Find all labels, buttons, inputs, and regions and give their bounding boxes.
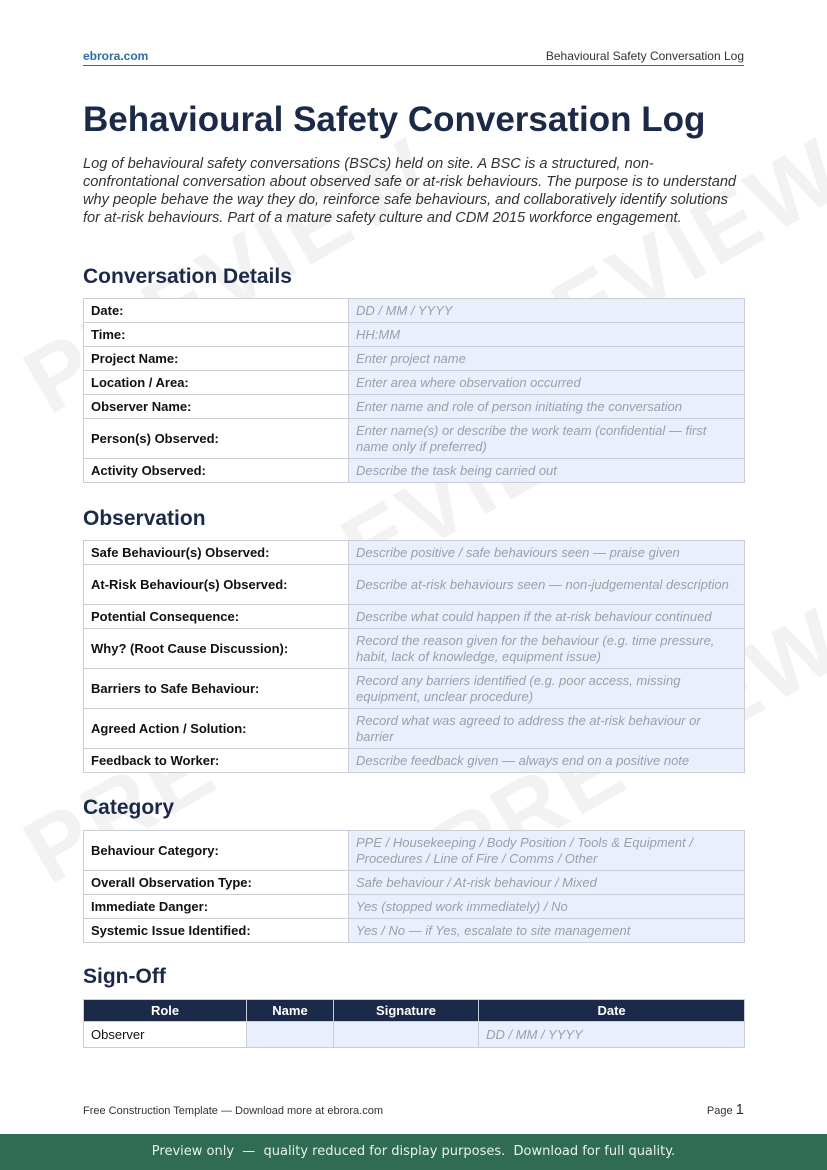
intro-text: Log of behavioural safety conversations … (83, 155, 744, 227)
role-cell: Observer (84, 1022, 247, 1048)
category-table: Behaviour Category:PPE / Housekeeping / … (83, 830, 745, 943)
table-row: Activity Observed:Describe the task bein… (84, 459, 745, 483)
table-row: Why? (Root Cause Discussion):Record the … (84, 629, 745, 669)
table-row: Time:HH:MM (84, 323, 745, 347)
feedback-field[interactable]: Describe feedback given — always end on … (349, 749, 745, 773)
field-label: Location / Area: (84, 371, 349, 395)
column-header-date: Date (479, 1000, 745, 1022)
table-row: Systemic Issue Identified:Yes / No — if … (84, 919, 745, 943)
footer-text: Free Construction Template — Download mo… (83, 1105, 383, 1117)
table-row: Behaviour Category:PPE / Housekeeping / … (84, 831, 745, 871)
page-indicator: Page 1 (707, 1101, 744, 1118)
section-heading-signoff: Sign-Off (83, 965, 166, 989)
signoff-date-field[interactable]: DD / MM / YYYY (479, 1022, 745, 1048)
table-row: Feedback to Worker:Describe feedback giv… (84, 749, 745, 773)
page-title: Behavioural Safety Conversation Log (83, 100, 705, 140)
date-field[interactable]: DD / MM / YYYY (349, 299, 745, 323)
column-header-name: Name (247, 1000, 334, 1022)
page-label: Page (707, 1105, 733, 1117)
table-row: Agreed Action / Solution:Record what was… (84, 709, 745, 749)
field-label: Time: (84, 323, 349, 347)
field-label: Behaviour Category: (84, 831, 349, 871)
section-heading-details: Conversation Details (83, 265, 292, 289)
field-label: Date: (84, 299, 349, 323)
agreed-action-field[interactable]: Record what was agreed to address the at… (349, 709, 745, 749)
table-row: Barriers to Safe Behaviour:Record any ba… (84, 669, 745, 709)
behaviour-category-field[interactable]: PPE / Housekeeping / Body Position / Too… (349, 831, 745, 871)
location-field[interactable]: Enter area where observation occurred (349, 371, 745, 395)
table-row: Immediate Danger:Yes (stopped work immed… (84, 895, 745, 919)
consequence-field[interactable]: Describe what could happen if the at-ris… (349, 605, 745, 629)
observer-name-field[interactable]: Enter name and role of person initiating… (349, 395, 745, 419)
table-row: Overall Observation Type:Safe behaviour … (84, 871, 745, 895)
root-cause-field[interactable]: Record the reason given for the behaviou… (349, 629, 745, 669)
at-risk-behaviour-field[interactable]: Describe at-risk behaviours seen — non-j… (349, 565, 745, 605)
activity-field[interactable]: Describe the task being carried out (349, 459, 745, 483)
safe-behaviour-field[interactable]: Describe positive / safe behaviours seen… (349, 541, 745, 565)
systemic-issue-field[interactable]: Yes / No — if Yes, escalate to site mana… (349, 919, 745, 943)
table-row: Date:DD / MM / YYYY (84, 299, 745, 323)
table-row: Location / Area:Enter area where observa… (84, 371, 745, 395)
field-label: Overall Observation Type: (84, 871, 349, 895)
name-field[interactable] (247, 1022, 334, 1048)
page-number: 1 (736, 1101, 744, 1118)
table-row: Project Name:Enter project name (84, 347, 745, 371)
table-row: Person(s) Observed:Enter name(s) or desc… (84, 419, 745, 459)
field-label: Why? (Root Cause Discussion): (84, 629, 349, 669)
observation-table: Safe Behaviour(s) Observed:Describe posi… (83, 540, 745, 773)
signoff-table: Role Name Signature Date Observer DD / M… (83, 999, 745, 1048)
field-label: Observer Name: (84, 395, 349, 419)
field-label: Systemic Issue Identified: (84, 919, 349, 943)
section-heading-observation: Observation (83, 507, 206, 531)
time-field[interactable]: HH:MM (349, 323, 745, 347)
column-header-role: Role (84, 1000, 247, 1022)
field-label: Activity Observed: (84, 459, 349, 483)
immediate-danger-field[interactable]: Yes (stopped work immediately) / No (349, 895, 745, 919)
table-header-row: Role Name Signature Date (84, 1000, 745, 1022)
field-label: Potential Consequence: (84, 605, 349, 629)
header-doc-title: Behavioural Safety Conversation Log (546, 49, 744, 63)
details-table: Date:DD / MM / YYYY Time:HH:MM Project N… (83, 298, 745, 483)
table-row: Observer DD / MM / YYYY (84, 1022, 745, 1048)
observation-type-field[interactable]: Safe behaviour / At-risk behaviour / Mix… (349, 871, 745, 895)
field-label: Immediate Danger: (84, 895, 349, 919)
barriers-field[interactable]: Record any barriers identified (e.g. poo… (349, 669, 745, 709)
table-row: Potential Consequence:Describe what coul… (84, 605, 745, 629)
field-label: Barriers to Safe Behaviour: (84, 669, 349, 709)
column-header-signature: Signature (333, 1000, 478, 1022)
field-label: Person(s) Observed: (84, 419, 349, 459)
table-row: Observer Name:Enter name and role of per… (84, 395, 745, 419)
field-label: Feedback to Worker: (84, 749, 349, 773)
table-row: At-Risk Behaviour(s) Observed:Describe a… (84, 565, 745, 605)
table-row: Safe Behaviour(s) Observed:Describe posi… (84, 541, 745, 565)
page-header: ebrora.com Behavioural Safety Conversati… (83, 48, 744, 66)
field-label: Project Name: (84, 347, 349, 371)
signature-field[interactable] (333, 1022, 478, 1048)
preview-banner: Preview only — quality reduced for displ… (0, 1134, 827, 1170)
section-heading-category: Category (83, 796, 174, 820)
persons-observed-field[interactable]: Enter name(s) or describe the work team … (349, 419, 745, 459)
brand-link[interactable]: ebrora.com (83, 49, 148, 63)
field-label: Agreed Action / Solution: (84, 709, 349, 749)
field-label: Safe Behaviour(s) Observed: (84, 541, 349, 565)
project-name-field[interactable]: Enter project name (349, 347, 745, 371)
field-label: At-Risk Behaviour(s) Observed: (84, 565, 349, 605)
